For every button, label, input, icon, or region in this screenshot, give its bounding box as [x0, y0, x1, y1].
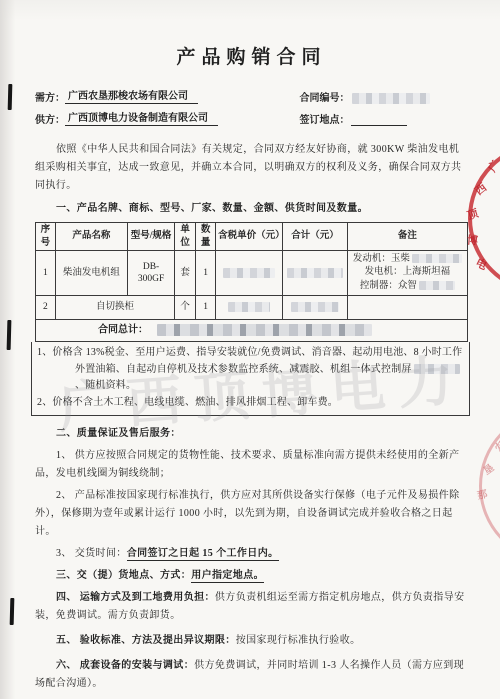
section2-clause-1: 1、 供方应按照合同规定的货物性能、技术要求、质量标准向需方提供未经使用的全新产… [35, 447, 468, 483]
supply-party-row: 供方： 广西顶博电力设备制造有限公司 签订地点： [35, 104, 468, 126]
row1-total [283, 251, 348, 296]
col-header-unit: 单位 [175, 223, 196, 251]
delivery-time-label: 3、 交货时间： [56, 548, 127, 559]
section4-clause: 四、 运输方式及到工地费用负担：供方负责机组运至需方指定机房地点，供方负责指导安… [35, 589, 468, 625]
products-table: 序号 产品名称 型号/规格 单位 数量 含税单价（元） 合计（元） 备注 1 柴… [35, 222, 468, 342]
sign-place-label: 签订地点： [299, 111, 349, 126]
row1-unit: 套 [175, 251, 196, 296]
remark-controller: 控制器：众智 [360, 281, 417, 291]
section5-clause: 五、 验收标准、方法及提出异议期限：按国家现行标准执行验收。 [35, 632, 468, 650]
row2-total [283, 296, 348, 320]
row2-product-name: 自切换柜 [55, 296, 174, 320]
col-header-remark: 备注 [347, 223, 467, 251]
price-notes-box: 1、价格含 13%税金、至用户运费、指导安装就位/免费调试、消音器、起动用电池、… [31, 342, 470, 416]
col-header-total: 合计（元） [283, 223, 348, 251]
demand-company-name: 广西农垦那梭农场有限公司 [65, 87, 198, 104]
row2-unit-price [216, 296, 283, 320]
col-header-model: 型号/规格 [128, 223, 175, 251]
redacted-total [291, 302, 339, 312]
remark-engine: 发动机：玉柴 [353, 254, 410, 264]
demand-party-row: 需方： 广西农垦那梭农场有限公司 合同编号： [35, 82, 468, 104]
contract-title: 产品购销合同 [35, 42, 468, 69]
table-header-row: 序号 产品名称 型号/规格 单位 数量 含税单价（元） 合计（元） 备注 [36, 223, 468, 251]
delivery-place-value: 用户指定地点。 [191, 570, 264, 583]
supply-label: 供方： [35, 111, 65, 126]
redacted-control-panel-detail [414, 364, 460, 374]
row1-qty: 1 [196, 251, 216, 296]
contract-total-label: 合同总计： [98, 324, 148, 335]
delivery-place-label: 三、交（提）货地点、方式： [56, 570, 191, 581]
row1-product-name: 柴油发电机组 [55, 251, 127, 296]
transport-label: 四、 运输方式及到工地费用负担： [56, 592, 215, 603]
col-header-no: 序号 [36, 223, 56, 251]
section2-clause-3: 3、 交货时间：合同签订之日起 15 个工作日内。 [35, 545, 468, 563]
row2-unit: 个 [175, 296, 196, 320]
contract-no-label: 合同编号： [299, 89, 349, 104]
table-row: 1 柴油发电机组 DB-300GF 套 1 发动机：玉柴 发电机：上海斯坦福 控… [36, 251, 468, 296]
col-header-qty: 数量 [196, 223, 216, 251]
section3-clause: 三、交（提）货地点、方式：用户指定地点。 [35, 567, 468, 585]
sign-place-blank-field [351, 115, 407, 126]
row2-remark [347, 296, 467, 320]
row2-no: 2 [36, 296, 56, 320]
installation-label: 六、 成套设备的安装与调试： [56, 660, 194, 671]
acceptance-value: 按国家现行标准执行验收。 [236, 635, 361, 646]
redacted-engine-detail [412, 254, 462, 263]
redacted-controller-detail [419, 281, 455, 290]
intro-paragraph: 依照《中华人民共和国合同法》有关规定，合同双方经友好协商，就 300KW 柴油发… [35, 141, 468, 195]
delivery-time-value: 合同签订之日起 15 个工作日内。 [127, 548, 279, 561]
col-header-unit-price: 含税单价（元） [216, 223, 283, 251]
redacted-contract-number [352, 93, 430, 104]
row2-qty: 1 [196, 296, 216, 320]
section2-heading: 二、质量保证及售后服务： [35, 425, 468, 443]
remark-generator: 发电机：上海斯坦福 [350, 266, 465, 280]
row1-no: 1 [36, 251, 56, 296]
section2-clause-2: 2、 产品标准按国家现行标准执行，供方应对其所供设备实行保修（电子元件及易损件除… [35, 487, 468, 541]
price-note-1: 1、价格含 13%税金、至用户运费、指导安装就位/免费调试、消音器、起动用电池、… [37, 345, 463, 395]
section6-clause: 六、 成套设备的安装与调试：供方免费调试，并同时培训 1-3 人名操作人员（需方… [35, 657, 468, 693]
col-header-product: 产品名称 [55, 223, 127, 251]
price-note-2: 2、价格不含土木工程、电线电缆、燃油、排风排烟工程、卸车费。 [37, 395, 463, 412]
redacted-contract-total [157, 324, 372, 336]
table-row: 2 自切换柜 个 1 [36, 296, 468, 320]
table-total-row: 合同总计： [36, 320, 468, 342]
section1-heading: 一、产品名牌、商标、型号、厂家、数量、金额、供货时间及数量。 [35, 200, 468, 217]
supply-company-name: 广西顶博电力设备制造有限公司 [65, 109, 218, 126]
row1-unit-price [216, 251, 283, 296]
contract-page: 产品购销合同 需方： 广西农垦那梭农场有限公司 合同编号： 供方： 广西顶博电力… [0, 0, 500, 699]
redacted-total [287, 268, 343, 278]
row1-remark: 发动机：玉柴 发电机：上海斯坦福 控制器：众智 [347, 251, 467, 296]
redacted-unit-price [223, 268, 275, 278]
row1-model: DB-300GF [128, 251, 175, 296]
redacted-unit-price [228, 302, 270, 312]
acceptance-label: 五、 验收标准、方法及提出异议期限： [56, 635, 236, 646]
demand-label: 需方： [35, 89, 65, 104]
